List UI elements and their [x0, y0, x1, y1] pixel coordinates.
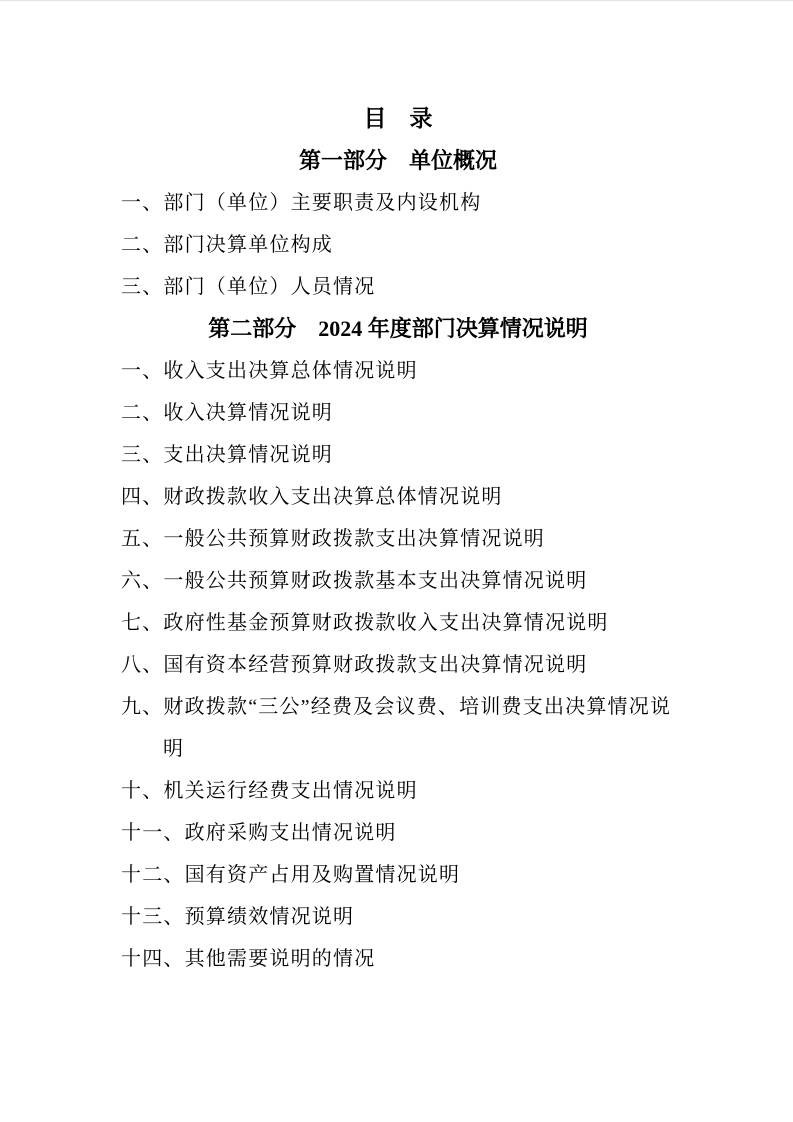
toc-item-s1-3: 三、部门（单位）人员情况 — [121, 266, 675, 308]
toc-item-s2-11: 十一、政府采购支出情况说明 — [121, 812, 675, 854]
toc-item-s2-12: 十二、国有资产占用及购置情况说明 — [121, 854, 675, 896]
toc-item-s2-7: 七、政府性基金预算财政拨款收入支出决算情况说明 — [121, 602, 675, 644]
toc-item-s2-9: 九、财政拨款“三公”经费及会议费、培训费支出决算情况说明 — [121, 686, 675, 770]
toc-item-s1-2: 二、部门决算单位构成 — [121, 224, 675, 266]
toc-item-s2-8: 八、国有资本经营预算财政拨款支出决算情况说明 — [121, 644, 675, 686]
toc-content: 目 录 第一部分 单位概况 一、部门（单位）主要职责及内设机构 二、部门决算单位… — [0, 1, 793, 980]
toc-item-s2-10: 十、机关运行经费支出情况说明 — [121, 770, 675, 812]
toc-item-s2-4: 四、财政拨款收入支出决算总体情况说明 — [121, 476, 675, 518]
toc-item-s1-1: 一、部门（单位）主要职责及内设机构 — [121, 182, 675, 224]
toc-item-s2-13: 十三、预算绩效情况说明 — [121, 896, 675, 938]
toc-item-s2-14: 十四、其他需要说明的情况 — [121, 938, 675, 980]
toc-item-s2-6: 六、一般公共预算财政拨款基本支出决算情况说明 — [121, 560, 675, 602]
section-1-heading: 第一部分 单位概况 — [121, 140, 675, 182]
document-page: 目 录 第一部分 单位概况 一、部门（单位）主要职责及内设机构 二、部门决算单位… — [0, 0, 793, 1122]
toc-item-s2-3: 三、支出决算情况说明 — [121, 434, 675, 476]
section-2-heading: 第二部分 2024 年度部门决算情况说明 — [121, 308, 675, 350]
toc-item-s2-2: 二、收入决算情况说明 — [121, 392, 675, 434]
toc-title: 目 录 — [121, 98, 675, 140]
toc-item-s2-5: 五、一般公共预算财政拨款支出决算情况说明 — [121, 518, 675, 560]
toc-item-s2-1: 一、收入支出决算总体情况说明 — [121, 350, 675, 392]
